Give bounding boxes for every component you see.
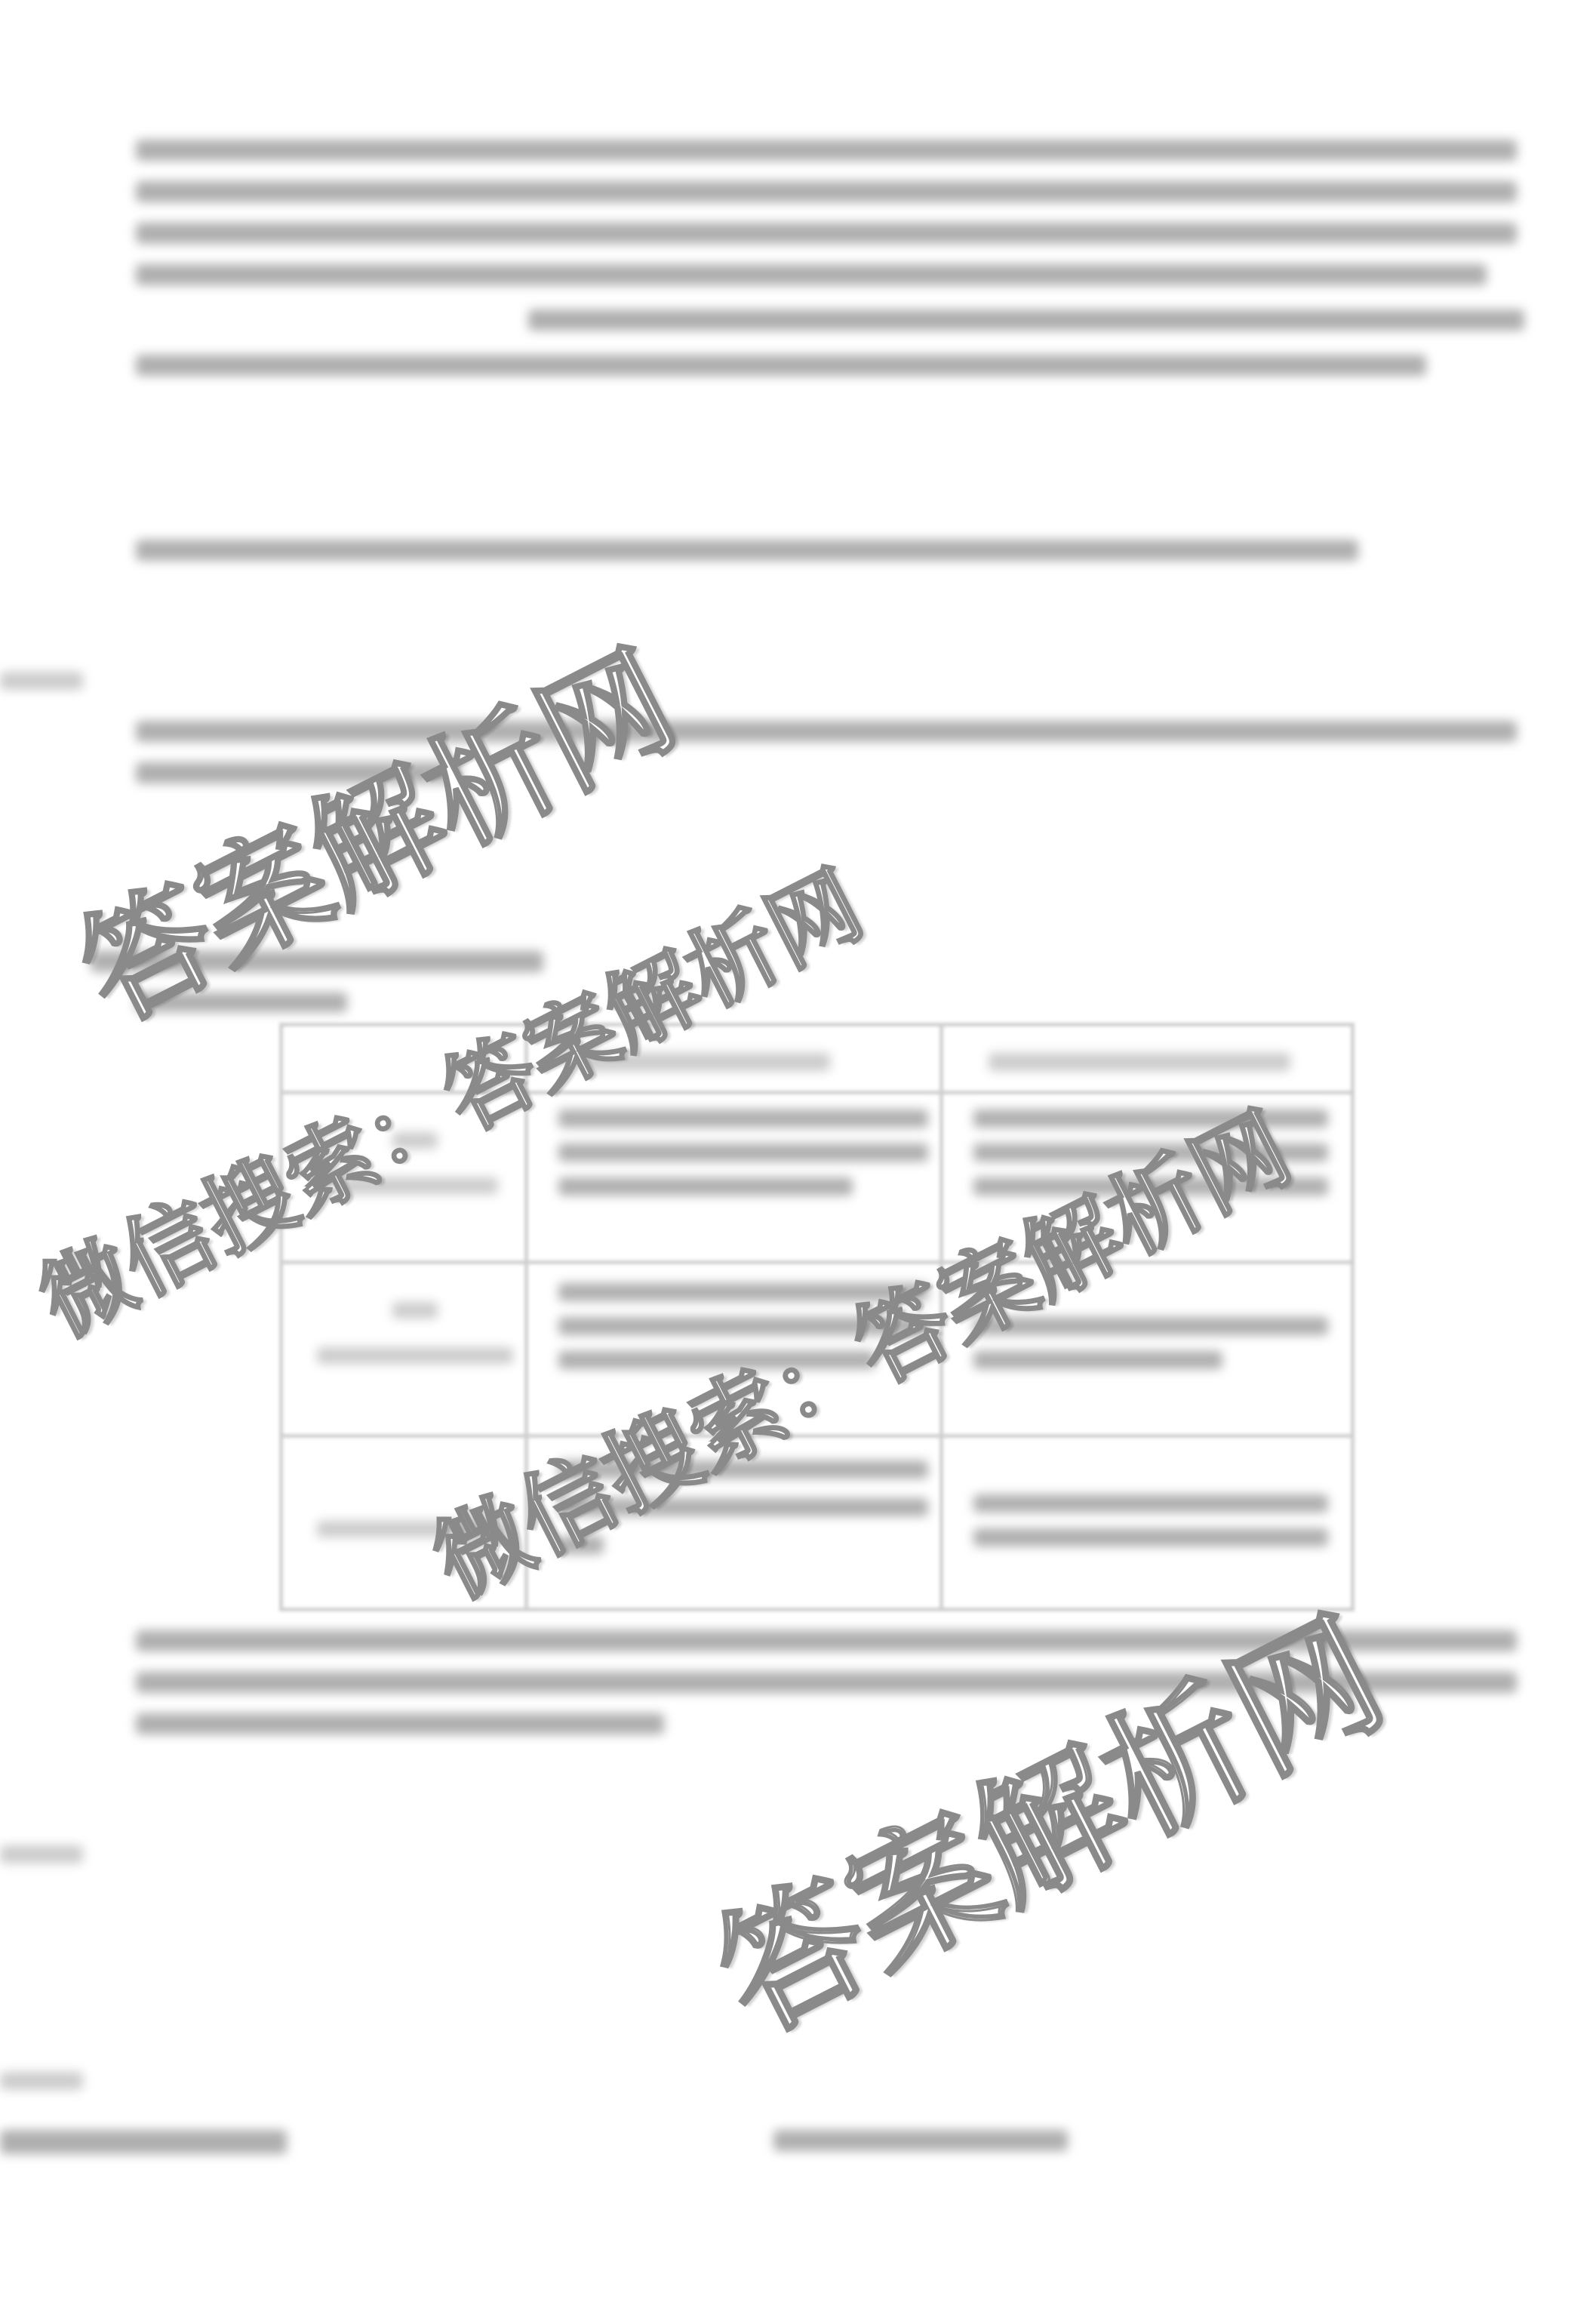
paragraph-line (136, 181, 1517, 202)
table-header-cell (989, 1053, 1290, 1071)
footer-left (0, 2130, 287, 2154)
margin-mark (0, 672, 83, 690)
paragraph-line (136, 223, 1517, 244)
footer-page-number (773, 2130, 1068, 2151)
source-citation (528, 309, 1524, 331)
table-cell (558, 1177, 853, 1196)
paragraph-line (136, 264, 1487, 285)
margin-mark (0, 1845, 83, 1863)
paragraph-line (136, 140, 1517, 161)
table-cell (558, 1143, 928, 1162)
margin-mark (0, 2072, 83, 2090)
table-cell (973, 1528, 1328, 1546)
question-line (136, 355, 1426, 376)
table-cell (973, 1494, 1328, 1513)
table-cell (392, 1302, 438, 1319)
table-cell (973, 1351, 1222, 1369)
table-cell (558, 1109, 928, 1128)
question-line (136, 540, 1358, 561)
question-line (136, 1713, 664, 1734)
table-cell (317, 1347, 513, 1364)
